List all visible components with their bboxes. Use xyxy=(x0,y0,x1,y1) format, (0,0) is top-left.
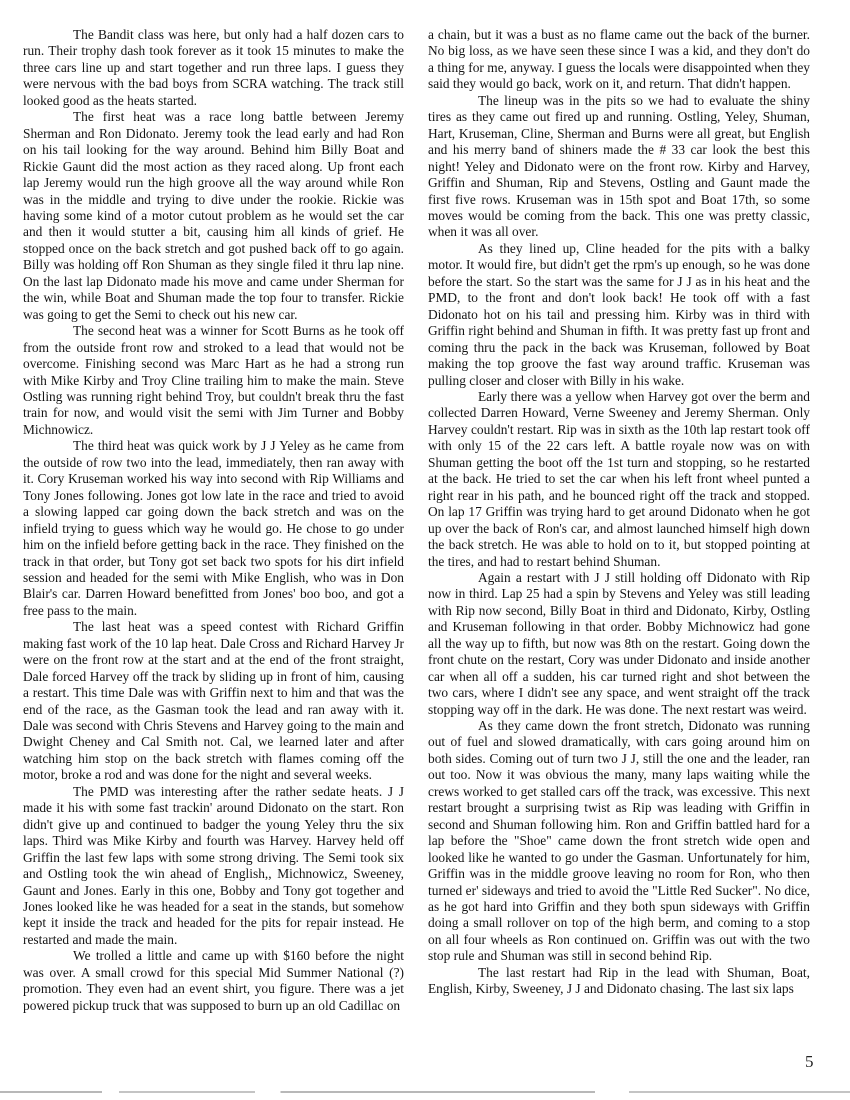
paragraph-last-heat: The last heat was a speed contest with R… xyxy=(23,619,404,784)
document-page: The Bandit class was here, but only had … xyxy=(0,0,850,1100)
paragraph-first-heat: The first heat was a race long battle be… xyxy=(23,109,404,323)
paragraph-lineup: The lineup was in the pits so we had to … xyxy=(428,93,810,241)
paragraph-continued-chain: a chain, but it was a bust as no flame c… xyxy=(428,27,810,93)
paragraph-lined-up: As they lined up, Cline headed for the p… xyxy=(428,241,810,389)
paragraph-third-heat: The third heat was quick work by J J Yel… xyxy=(23,438,404,619)
paragraph-early-yellow: Early there was a yellow when Harvey got… xyxy=(428,389,810,570)
paragraph-front-stretch: As they came down the front stretch, Did… xyxy=(428,718,810,965)
paragraph-trolled: We trolled a little and came up with $16… xyxy=(23,948,404,1014)
right-column: a chain, but it was a bust as no flame c… xyxy=(428,27,810,998)
paragraph-bandit-class: The Bandit class was here, but only had … xyxy=(23,27,404,109)
paragraph-again-restart: Again a restart with J J still holding o… xyxy=(428,570,810,718)
paragraph-last-restart: The last restart had Rip in the lead wit… xyxy=(428,965,810,998)
paragraph-second-heat: The second heat was a winner for Scott B… xyxy=(23,323,404,438)
paragraph-pmd: The PMD was interesting after the rather… xyxy=(23,784,404,949)
page-number: 5 xyxy=(805,1052,814,1072)
page-bottom-rule xyxy=(0,1091,850,1093)
left-column: The Bandit class was here, but only had … xyxy=(23,27,404,1014)
